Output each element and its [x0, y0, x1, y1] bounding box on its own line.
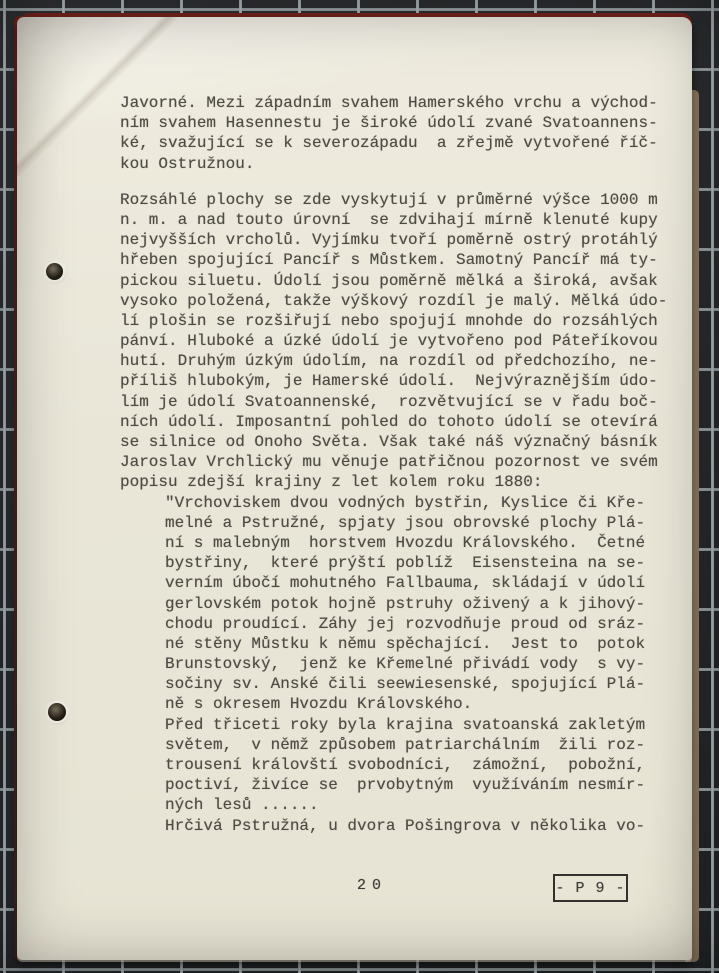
text-line: Jaroslav Vrchlický mu věnuje patřičnou p…	[120, 452, 680, 472]
text-line: né stěny Můstku k němu spěchající. Jest …	[120, 634, 680, 654]
text-line: Hrčivá Pstružná, u dvora Pošingrova v ně…	[120, 816, 680, 836]
stamp-box: - P 9 -	[553, 874, 628, 902]
text-line: popisu zdejší krajiny z let kolem roku 1…	[120, 472, 680, 492]
text-line: Před třiceti roky byla krajina svatoansk…	[120, 715, 680, 735]
text-line: hřeben spojující Pancíř s Můstkem. Samot…	[120, 250, 680, 270]
text-line: n. m. a nad touto úrovní se zdvihají mír…	[120, 210, 680, 230]
text-block: Javorné. Mezi západním svahem Hamerského…	[120, 93, 680, 836]
text-line: nejvyšších vrcholů. Vyjímku tvoří poměrn…	[120, 230, 680, 250]
text-line: ně s okresem Hvozdu Královského.	[120, 694, 680, 714]
text-line: chodu proudící. Záhy jej rozvodňuje prou…	[120, 614, 680, 634]
text-line: ní s malebným horstvem Hvozdu Královskéh…	[120, 533, 680, 553]
text-line: světem, v němž způsobem patriarchálním ž…	[120, 735, 680, 755]
punch-hole-top	[46, 263, 63, 280]
text-line: sočiny sv. Anské čili seewiesenské, spoj…	[120, 674, 680, 694]
text-line: ních údolí. Imposantní pohled do tohoto …	[120, 412, 680, 432]
paragraph: Hrčivá Pstružná, u dvora Pošingrova v ně…	[120, 816, 680, 836]
text-line: lí plošin se rozšiřují nebo spojují mnoh…	[120, 311, 680, 331]
text-line: Javorné. Mezi západním svahem Hamerského…	[120, 93, 680, 113]
punch-hole-bottom	[48, 703, 66, 721]
text-line: verním úbočí mohutného Fallbauma, skláda…	[120, 573, 680, 593]
text-line: gerlovském potok hojně pstruhy oživený a…	[120, 594, 680, 614]
text-line: lím je údolí Svatoannenské, rozvětvující…	[120, 392, 680, 412]
paragraph: "Vrchoviskem dvou vodných bystřin, Kysli…	[120, 493, 680, 715]
text-line: kou Ostružnou.	[120, 154, 680, 174]
document-page: Javorné. Mezi západním svahem Hamerského…	[17, 17, 692, 960]
text-line: "Vrchoviskem dvou vodných bystřin, Kysli…	[120, 493, 680, 513]
text-line: melné a Pstružné, spjaty jsou obrovské p…	[120, 513, 680, 533]
paragraph: Javorné. Mezi západním svahem Hamerského…	[120, 93, 680, 174]
text-line: vysoko položená, takže výškový rozdíl je…	[120, 291, 680, 311]
text-line: pickou siluetu. Údolí jsou poměrně mělká…	[120, 271, 680, 291]
text-line: trousení královští svobodníci, zámožní, …	[120, 755, 680, 775]
photo-background: { "colors": { "paper": "#e9e6d8", "paper…	[0, 0, 719, 973]
text-line: pánví. Hluboké a úzké údolí je vytvořeno…	[120, 331, 680, 351]
text-line: příliš hlubokým, je Hamerské údolí. Nejv…	[120, 371, 680, 391]
text-line: hutí. Druhým úzkým údolím, na rozdíl od …	[120, 351, 680, 371]
text-line: Rozsáhlé plochy se zde vyskytují v průmě…	[120, 190, 680, 210]
paragraph: Před třiceti roky byla krajina svatoansk…	[120, 715, 680, 816]
text-line: ké, svažující se k severozápadu a zřejmě…	[120, 133, 680, 153]
text-line: Brunstovský, jenž ke Křemelné přivádí vo…	[120, 654, 680, 674]
paragraph: Rozsáhlé plochy se zde vyskytují v průmě…	[120, 190, 680, 493]
page-number: 20	[357, 877, 387, 894]
text-line: poctiví, živíce se prvobytným využíváním…	[120, 775, 680, 795]
text-line: ním svahem Hasennestu je široké údolí zv…	[120, 113, 680, 133]
text-line: ných lesů ......	[120, 795, 680, 815]
text-line: bystřiny, které prýští poblíž Eisenstein…	[120, 553, 680, 573]
stamp-label: - P 9 -	[555, 880, 625, 897]
text-line: se silnice od Onoho Světa. Však také náš…	[120, 432, 680, 452]
